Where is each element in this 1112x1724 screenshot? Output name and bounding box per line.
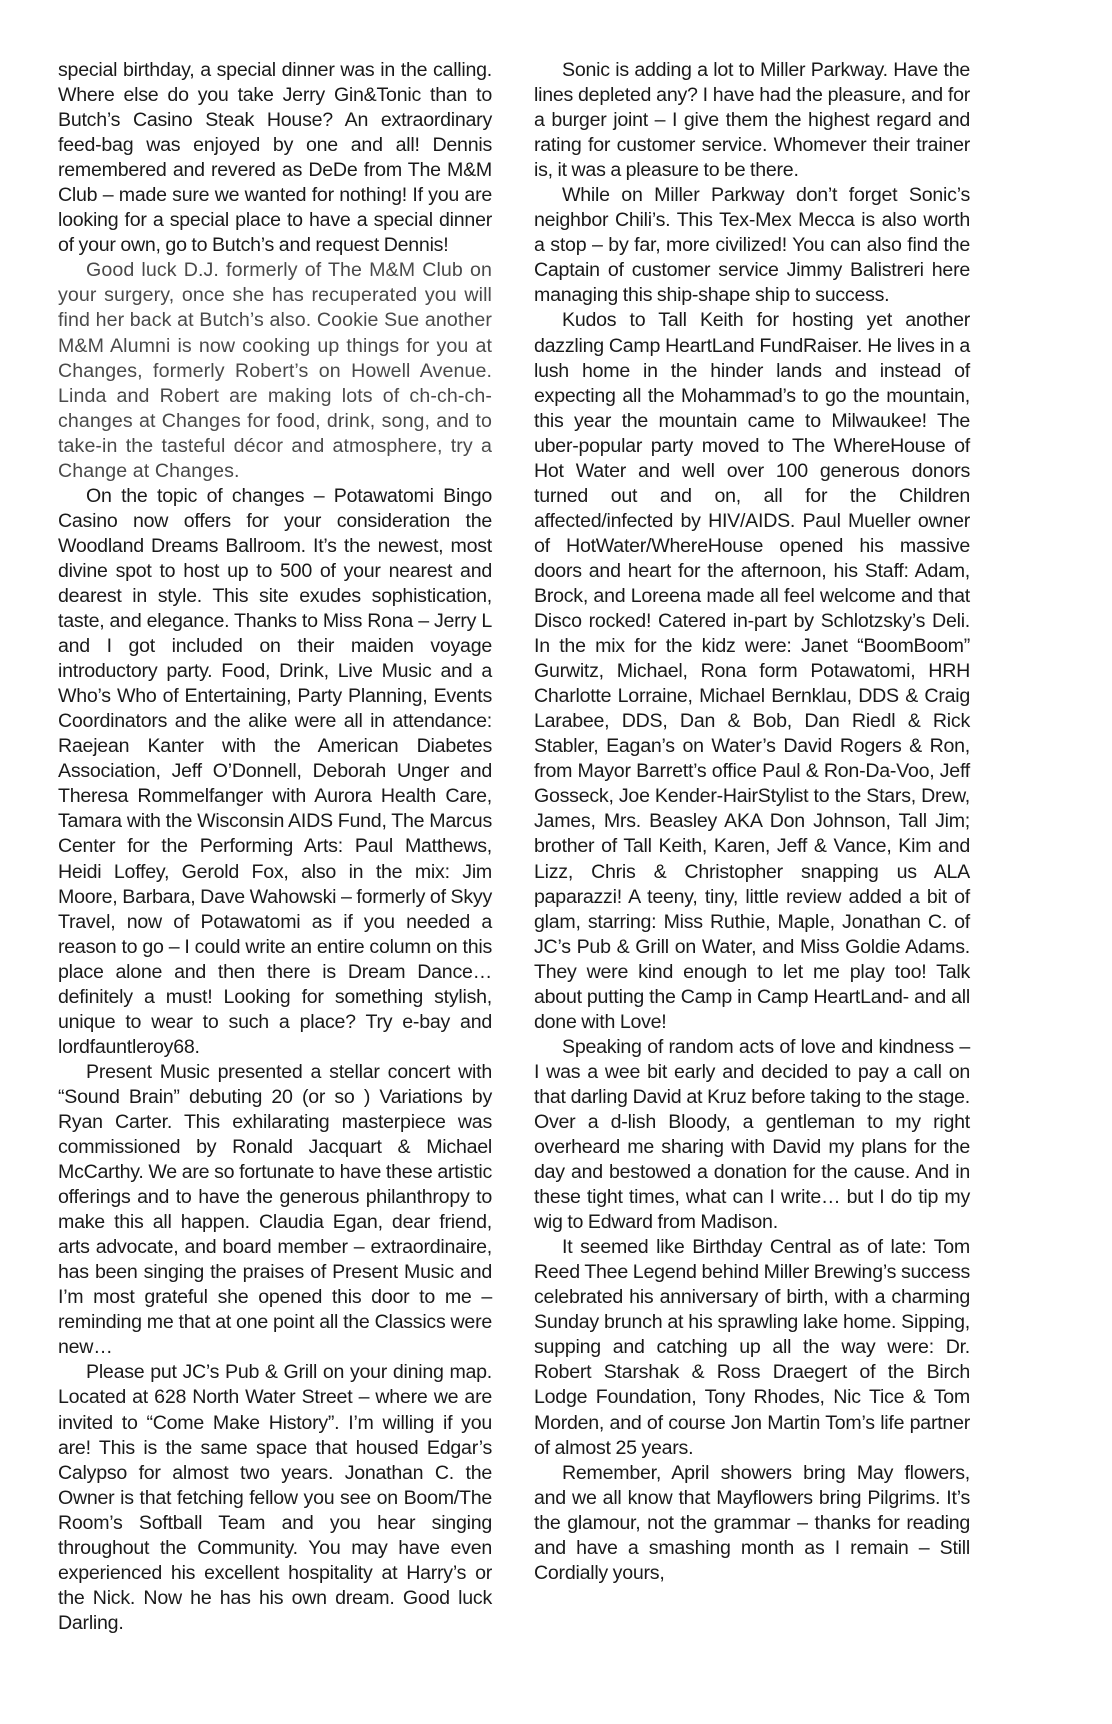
paragraph-potawatomi-ballroom: On the topic of changes – Potawatomi Bin…: [58, 484, 492, 1060]
paragraph-sonic: Sonic is adding a lot to Miller Parkway.…: [534, 58, 970, 183]
document-page: special birthday, a special dinner was i…: [0, 0, 1112, 1724]
paragraph-random-acts-kindness: Speaking of random acts of love and kind…: [534, 1035, 970, 1235]
paragraph-camp-heartland: Kudos to Tall Keith for hosting yet anot…: [534, 308, 970, 1034]
paragraph-butchs-birthday-dinner: special birthday, a special dinner was i…: [58, 58, 492, 258]
paragraph-closing-sign-off: Remember, April showers bring May flower…: [534, 1461, 970, 1586]
left-column: special birthday, a special dinner was i…: [58, 58, 492, 1636]
paragraph-present-music: Present Music presented a stellar concer…: [58, 1060, 492, 1361]
paragraph-good-luck-dj: Good luck D.J. formerly of The M&M Club …: [58, 258, 492, 483]
right-column: Sonic is adding a lot to Miller Parkway.…: [534, 58, 970, 1586]
paragraph-birthday-central: It seemed like Birthday Central as of la…: [534, 1235, 970, 1460]
paragraph-jcs-pub-grill: Please put JC’s Pub & Grill on your dini…: [58, 1360, 492, 1636]
paragraph-chilis: While on Miller Parkway don’t forget Son…: [534, 183, 970, 308]
